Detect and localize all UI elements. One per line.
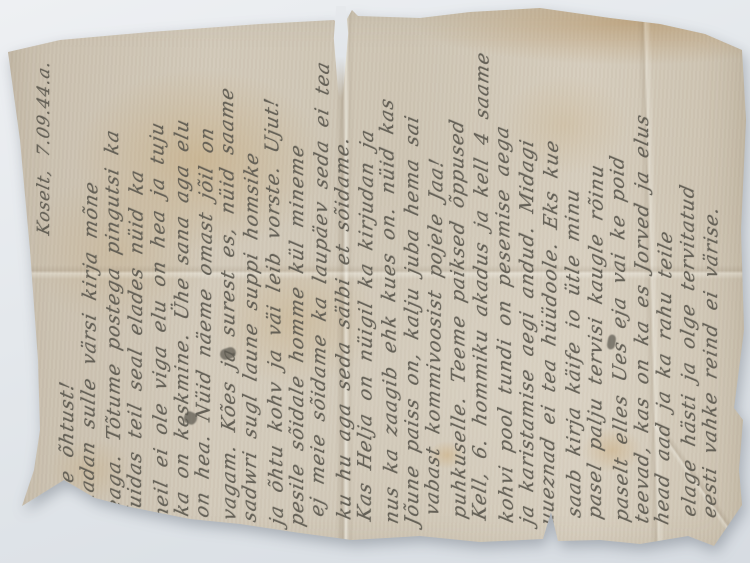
letter-date-line: Koselt, 7.09.44.a. bbox=[33, 53, 56, 237]
letter-line: pesile sõidale homme kül mineme bbox=[286, 53, 309, 528]
letter-line: ja karistamise aegi andud. Midagi bbox=[516, 53, 539, 526]
letter-line: ja õhtu kohv ja väi leib vorste. Ujut! bbox=[260, 53, 289, 527]
letter-text: Koselt, 7.09.44.a.Tere õhtust!Saadan sul… bbox=[15, 30, 745, 540]
letter-line: vagam. Kões ja surest es, nüid saame bbox=[216, 53, 242, 523]
paper-shadow: Koselt, 7.09.44.a.Tere õhtust!Saadan sul… bbox=[0, 0, 750, 563]
letter-line: ku hu aga seda sälbi et sõidame. bbox=[331, 53, 357, 522]
letter-line: elage hästi ja olge tervitatud bbox=[676, 53, 702, 519]
letter-line: meil ei ole viga elu on hea ja tuju bbox=[145, 53, 174, 528]
letter-line: nus ka zaagib ehk kues on. nüid kas bbox=[375, 53, 404, 526]
letter-line: puhkuselle. Teeme paiksed õppused bbox=[446, 53, 472, 521]
letter-line: ka on keskmine. Ühe sana aga elu bbox=[171, 53, 194, 518]
letter-paper: Koselt, 7.09.44.a.Tere õhtust!Saadan sul… bbox=[0, 0, 750, 563]
letter-line: Jõune paiss on, kalju juba hema sai bbox=[401, 53, 424, 527]
letter-line: Tere õhtust! bbox=[56, 53, 79, 519]
letter-line: paselt elles Ues eja vai ke poid bbox=[605, 53, 634, 524]
photo-background: Koselt, 7.09.44.a.Tere õhtust!Saadan sul… bbox=[0, 0, 750, 563]
letter-line: eesti vahke reind ei värise. bbox=[699, 54, 725, 521]
letter-line: teevad, kas on ka es Jorved ja elus bbox=[631, 53, 654, 525]
letter-line: kohvi pool tundi on pesemise aega bbox=[490, 53, 519, 525]
letter-line: saab kirja käife io ütle minu bbox=[561, 53, 587, 520]
letter-line: reaga. Tõtume postega pingutsi ka bbox=[101, 53, 127, 524]
